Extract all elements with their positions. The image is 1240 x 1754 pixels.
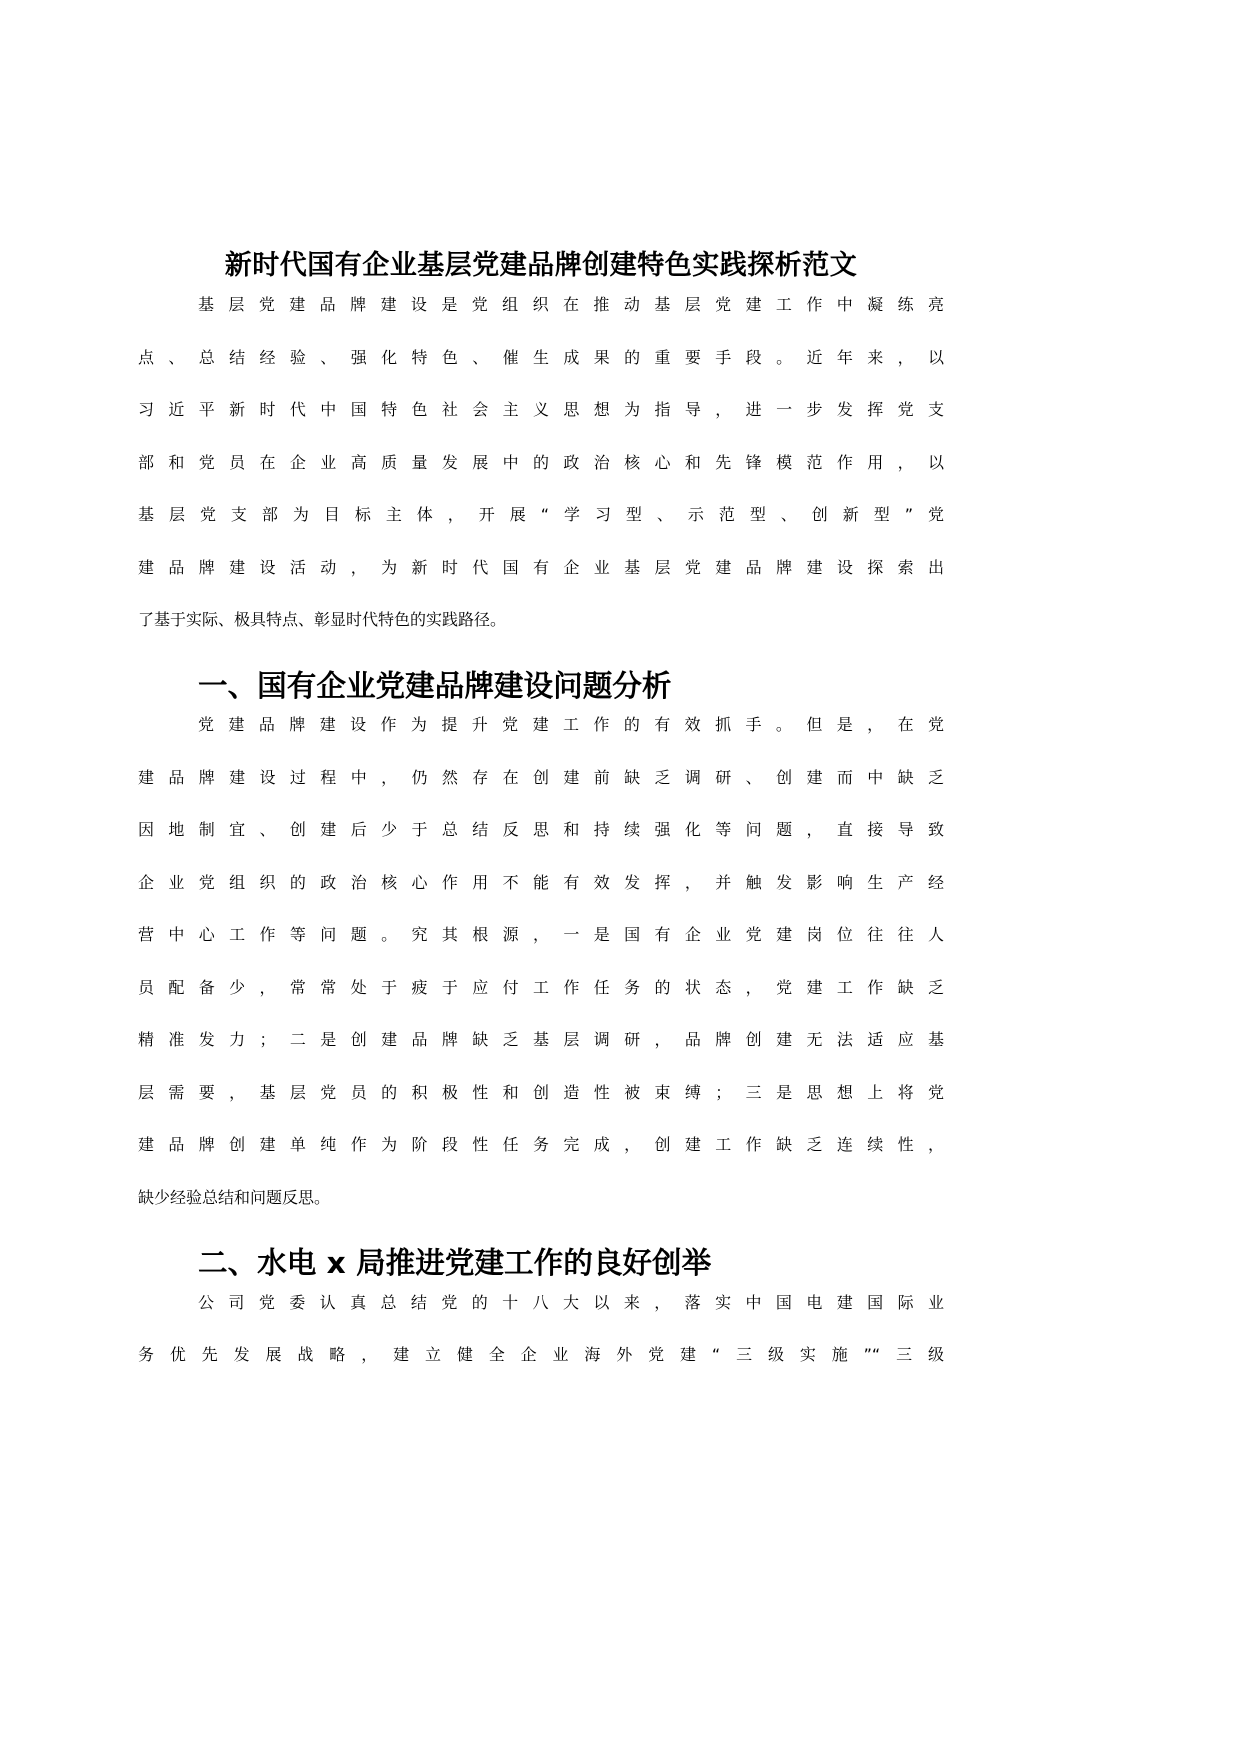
section-heading-2: 二、水电 x 局推进党建工作的良好创举 [138, 1237, 944, 1290]
paragraph-line: 精准发力；二是创建品牌缺乏基层调研，品牌创建无法适应基 [138, 1027, 944, 1080]
paragraph-line: 基层党建品牌建设是党组织在推动基层党建工作中凝练亮 [138, 292, 944, 345]
document-page: 新时代国有企业基层党建品牌创建特色实践探析范文 基层党建品牌建设是党组织在推动基… [138, 240, 944, 1395]
paragraph-line: 建品牌建设活动，为新时代国有企业基层党建品牌建设探索出 [138, 555, 944, 608]
initiatives-paragraph: 公司党委认真总结党的十八大以来，落实中国电建国际业 务优先发展战略，建立健全企业… [138, 1290, 944, 1395]
section-heading-1: 一、国有企业党建品牌建设问题分析 [138, 660, 944, 713]
paragraph-line: 务优先发展战略，建立健全企业海外党建“三级实施”“三级 [138, 1342, 944, 1395]
paragraph-line: 建品牌建设过程中，仍然存在创建前缺乏调研、创建而中缺乏 [138, 765, 944, 818]
paragraph-line: 员配备少，常常处于疲于应付工作任务的状态，党建工作缺乏 [138, 975, 944, 1028]
paragraph-line: 营中心工作等问题。究其根源，一是国有企业党建岗位往往人 [138, 922, 944, 975]
paragraph-line: 党建品牌建设作为提升党建工作的有效抓手。但是，在党 [138, 712, 944, 765]
paragraph-line: 建品牌创建单纯作为阶段性任务完成，创建工作缺乏连续性， [138, 1132, 944, 1185]
paragraph-line: 层需要，基层党员的积极性和创造性被束缚；三是思想上将党 [138, 1080, 944, 1133]
paragraph-line: 部和党员在企业高质量发展中的政治核心和先锋模范作用，以 [138, 450, 944, 503]
problem-analysis-paragraph: 党建品牌建设作为提升党建工作的有效抓手。但是，在党 建品牌建设过程中，仍然存在创… [138, 712, 944, 1237]
paragraph-line: 因地制宜、创建后少于总结反思和持续强化等问题，直接导致 [138, 817, 944, 870]
document-title: 新时代国有企业基层党建品牌创建特色实践探析范文 [98, 240, 984, 292]
paragraph-line: 点、总结经验、强化特色、催生成果的重要手段。近年来，以 [138, 345, 944, 398]
paragraph-line: 基层党支部为目标主体，开展“学习型、示范型、创新型”党 [138, 502, 944, 555]
intro-paragraph: 基层党建品牌建设是党组织在推动基层党建工作中凝练亮 点、总结经验、强化特色、催生… [138, 292, 944, 660]
paragraph-line: 缺少经验总结和问题反思。 [138, 1185, 944, 1238]
paragraph-line: 企业党组织的政治核心作用不能有效发挥，并触发影响生产经 [138, 870, 944, 923]
paragraph-line: 公司党委认真总结党的十八大以来，落实中国电建国际业 [138, 1290, 944, 1343]
paragraph-line: 了基于实际、极具特点、彰显时代特色的实践路径。 [138, 607, 944, 660]
paragraph-line: 习近平新时代中国特色社会主义思想为指导，进一步发挥党支 [138, 397, 944, 450]
